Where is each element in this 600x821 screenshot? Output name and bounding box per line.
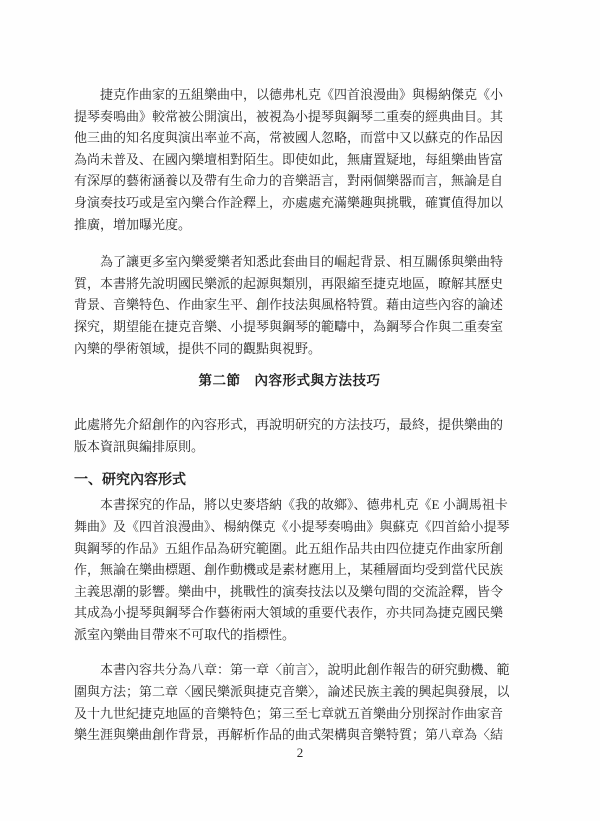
paragraph-research-scope: 本書探究的作品，將以史麥塔納《我的故鄉》、德弗札克《E 小調馬祖卡舞曲》及《四首…	[74, 494, 505, 645]
text-line: 派室內樂曲目帶來不可取代的指標性。	[74, 624, 505, 646]
text-line: 他三曲的知名度與演出率並不高，常被國人忽略，而當中又以蘇克的作品因	[74, 127, 505, 149]
text-line: 舞曲》及《四首浪漫曲》、楊納傑克《小提琴奏鳴曲》與蘇克《四首給小提琴	[74, 516, 505, 538]
text-line: 為了讓更多室內樂愛樂者知悉此套曲目的崛起背景、相互關係與樂曲特	[74, 251, 505, 273]
text-line: 質，本書將先說明國民樂派的起源與類別，再限縮至捷克地區，瞭解其歷史	[74, 273, 505, 295]
text-line: 作，無論在樂曲標題、創作動機或是素材應用上，某種層面均受到當代民族	[74, 559, 505, 581]
text-line: 探究，期望能在捷克音樂、小提琴與鋼琴的範疇中，為鋼琴合作與二重奏室	[74, 316, 505, 338]
text-line: 身演奏技巧或是室內樂合作詮釋上，亦處處充滿樂趣與挑戰，確實值得加以	[74, 192, 505, 214]
text-line: 圍與方法；第二章〈國民樂派與捷克音樂〉，論述民族主義的興起與發展，以	[74, 681, 505, 703]
text-line: 背景、音樂特色、作曲家生平、創作技法與風格特質。藉由這些內容的論述	[74, 294, 505, 316]
text-block: 捷克作曲家的五組樂曲中，以德弗札克《四首浪漫曲》與楊納傑克《小提琴奏鳴曲》較常被…	[74, 0, 505, 746]
text-line: 及十九世紀捷克地區的音樂特色；第三至七章就五首樂曲分別探討作曲家音	[74, 703, 505, 725]
text-line: 版本資訊與編排原則。	[74, 436, 505, 458]
page-number: 2	[0, 742, 600, 764]
text-line: 推廣，增加曝光度。	[74, 214, 505, 236]
subsection-heading: 一、研究內容形式	[74, 468, 505, 490]
text-line: 與鋼琴的作品》五組作品為研究範圍。此五組作品共由四位捷克作曲家所創	[74, 538, 505, 560]
paragraph-purpose: 為了讓更多室內樂愛樂者知悉此套曲目的崛起背景、相互關係與樂曲特質，本書將先說明國…	[74, 251, 505, 359]
text-line: 提琴奏鳴曲》較常被公開演出，被視為小提琴與鋼琴二重奏的經典曲目。其	[74, 106, 505, 128]
text-line: 此處將先介紹創作的內容形式，再說明研究的方法技巧，最終，提供樂曲的	[74, 414, 505, 436]
text-line: 有深厚的藝術涵養以及帶有生命力的音樂語言，對兩個樂器而言，無論是自	[74, 170, 505, 192]
text-line: 為尚未普及、在國內樂壇相對陌生。即使如此，無庸置疑地，每組樂曲皆富	[74, 149, 505, 171]
section-heading: 第二節 內容形式與方法技巧	[74, 370, 505, 392]
paragraph-section-intro: 此處將先介紹創作的內容形式，再說明研究的方法技巧，最終，提供樂曲的版本資訊與編排…	[74, 414, 505, 457]
text-line: 其成為小提琴與鋼琴合作藝術兩大領域的重要代表作，亦共同為捷克國民樂	[74, 602, 505, 624]
text-line: 本書內容共分為八章：第一章〈前言〉，說明此創作報告的研究動機、範	[74, 659, 505, 681]
paragraph-chapter-overview: 本書內容共分為八章：第一章〈前言〉，說明此創作報告的研究動機、範圍與方法；第二章…	[74, 659, 505, 745]
text-line: 主義思潮的影響。樂曲中，挑戰性的演奏技法以及樂句間的交流詮釋，皆令	[74, 581, 505, 603]
text-line: 捷克作曲家的五組樂曲中，以德弗札克《四首浪漫曲》與楊納傑克《小	[74, 84, 505, 106]
text-line: 本書探究的作品，將以史麥塔納《我的故鄉》、德弗札克《E 小調馬祖卡	[74, 494, 505, 516]
text-line: 內樂的學術領域，提供不同的觀點與視野。	[74, 338, 505, 360]
paragraph-intro-works: 捷克作曲家的五組樂曲中，以德弗札克《四首浪漫曲》與楊納傑克《小提琴奏鳴曲》較常被…	[74, 84, 505, 235]
document-page: 捷克作曲家的五組樂曲中，以德弗札克《四首浪漫曲》與楊納傑克《小提琴奏鳴曲》較常被…	[0, 0, 600, 821]
